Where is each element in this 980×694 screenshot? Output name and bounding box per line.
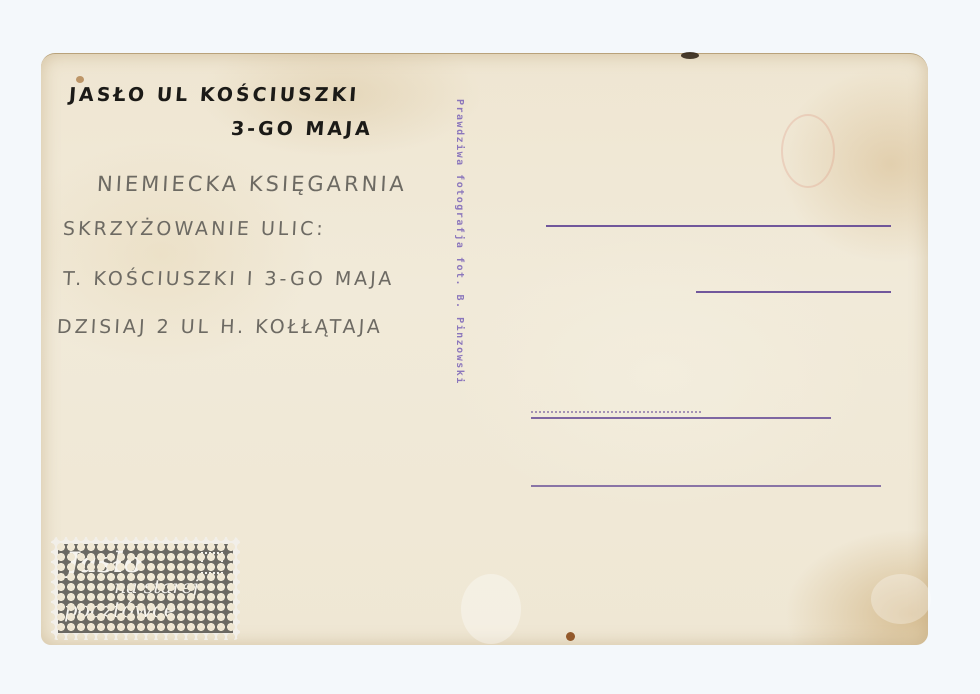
stain xyxy=(871,574,931,624)
postage-stamp-icon xyxy=(201,552,223,574)
stain xyxy=(76,76,84,83)
pencil-line-1: NIEMIECKA KSIĘGARNIA xyxy=(96,172,407,196)
address-line-3-dots xyxy=(531,411,701,413)
photographer-imprint: Prawdziwa fotografja fot. B. Pinzowski xyxy=(454,99,465,589)
logo-title: Jasło xyxy=(66,546,143,579)
logo-subtitle-2: pocztówce xyxy=(64,598,176,622)
address-line-2 xyxy=(696,291,891,293)
faded-pink-mark xyxy=(781,114,835,188)
address-line-3 xyxy=(531,417,831,419)
address-line-4 xyxy=(531,485,881,487)
pencil-line-4: DZISIAJ 2 UL H. KOŁŁĄTAJA xyxy=(56,316,383,338)
ink-line-1: JASŁO UL KOŚCIUSZKI xyxy=(68,84,360,106)
logo-subtitle-1: na starej xyxy=(114,576,199,598)
ink-line-2: 3-GO MAJA xyxy=(230,118,373,140)
watermark-logo: Jasło na starej pocztówce xyxy=(51,537,240,640)
address-line-1 xyxy=(546,225,891,227)
pencil-line-2: SKRZYŻOWANIE ULIC: xyxy=(62,218,326,240)
stain xyxy=(566,632,575,641)
logo-panel: Jasło na starej pocztówce xyxy=(58,544,233,633)
stain xyxy=(461,574,521,644)
pencil-line-3: T. KOŚCIUSZKI I 3-GO MAJA xyxy=(62,268,395,290)
stain xyxy=(681,52,699,59)
